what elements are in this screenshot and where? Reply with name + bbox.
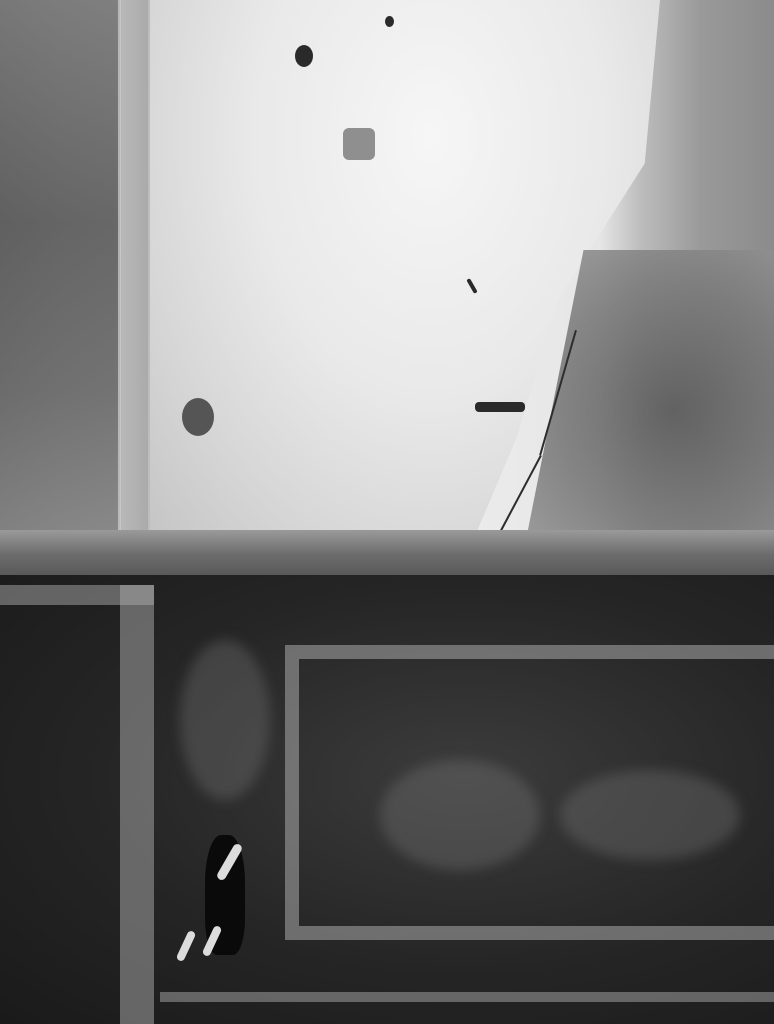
painted-vertical-band [120, 585, 154, 1024]
painted-horizontal-band [0, 585, 154, 605]
plaster-hole [385, 16, 394, 27]
wall-photograph [0, 0, 774, 1024]
plaster-patch [343, 128, 375, 160]
painted-base-line [160, 992, 774, 1002]
painted-rectangular-frame [285, 645, 774, 940]
plaster-gouge [475, 402, 525, 412]
left-pilaster [0, 0, 120, 560]
plaster-hole [182, 398, 214, 436]
plaster-hole [295, 45, 313, 67]
surface-mottle [180, 640, 270, 800]
pilaster-edge-line [118, 0, 121, 540]
